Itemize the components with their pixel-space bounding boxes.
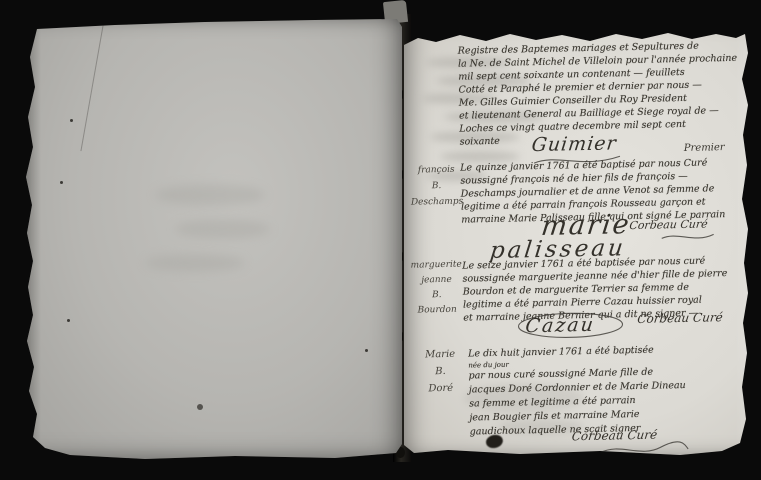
- signature-paraph: [515, 309, 626, 341]
- margin-note-line: B.: [409, 288, 465, 304]
- handwritten-text-layer: Registre des Baptemes mariages et Sepult…: [401, 26, 754, 457]
- paper-speck: [70, 119, 73, 122]
- paper-speck: [67, 319, 70, 322]
- margin-note-line: marguerite: [408, 258, 464, 274]
- paper-stain: [155, 184, 265, 206]
- paper-speck: [60, 181, 63, 184]
- margin-note-line: Doré: [417, 380, 465, 398]
- margin-note-line: Marie: [416, 346, 464, 364]
- signature-paraph: [596, 439, 692, 461]
- margin-note-line: B.: [410, 178, 462, 195]
- margin-note-line: Deschamps: [411, 194, 463, 211]
- signature-paraph: [658, 229, 718, 244]
- left-page: [25, 19, 402, 459]
- margin-note-line: françois: [410, 162, 462, 179]
- baptism-entry-3: Le dix huit janvier 1761 a été baptiséen…: [468, 342, 750, 440]
- margin-note-line: jeanne: [408, 273, 464, 289]
- paper-stain: [175, 219, 270, 239]
- margin-note-entry-1: françoisB.Deschamps: [410, 162, 463, 211]
- page-crease: [80, 23, 104, 151]
- paper-stain: [145, 254, 245, 272]
- priest-signature: Corbeau Curé: [637, 310, 724, 326]
- paper-speck: [197, 404, 203, 410]
- right-page: Registre des Baptemes mariages et Sepult…: [404, 31, 748, 455]
- margin-note-line: Bourdon: [409, 303, 465, 319]
- margin-note-entry-3: MarieB.Doré: [416, 346, 465, 398]
- margin-note-line: B.: [416, 363, 464, 381]
- margin-note-entry-2: margueritejeanneB.Bourdon: [408, 258, 465, 319]
- paper-speck: [365, 349, 368, 352]
- folio-note-premier: Premier: [684, 142, 725, 154]
- register-scan: Registre des Baptemes mariages et Sepult…: [0, 0, 761, 480]
